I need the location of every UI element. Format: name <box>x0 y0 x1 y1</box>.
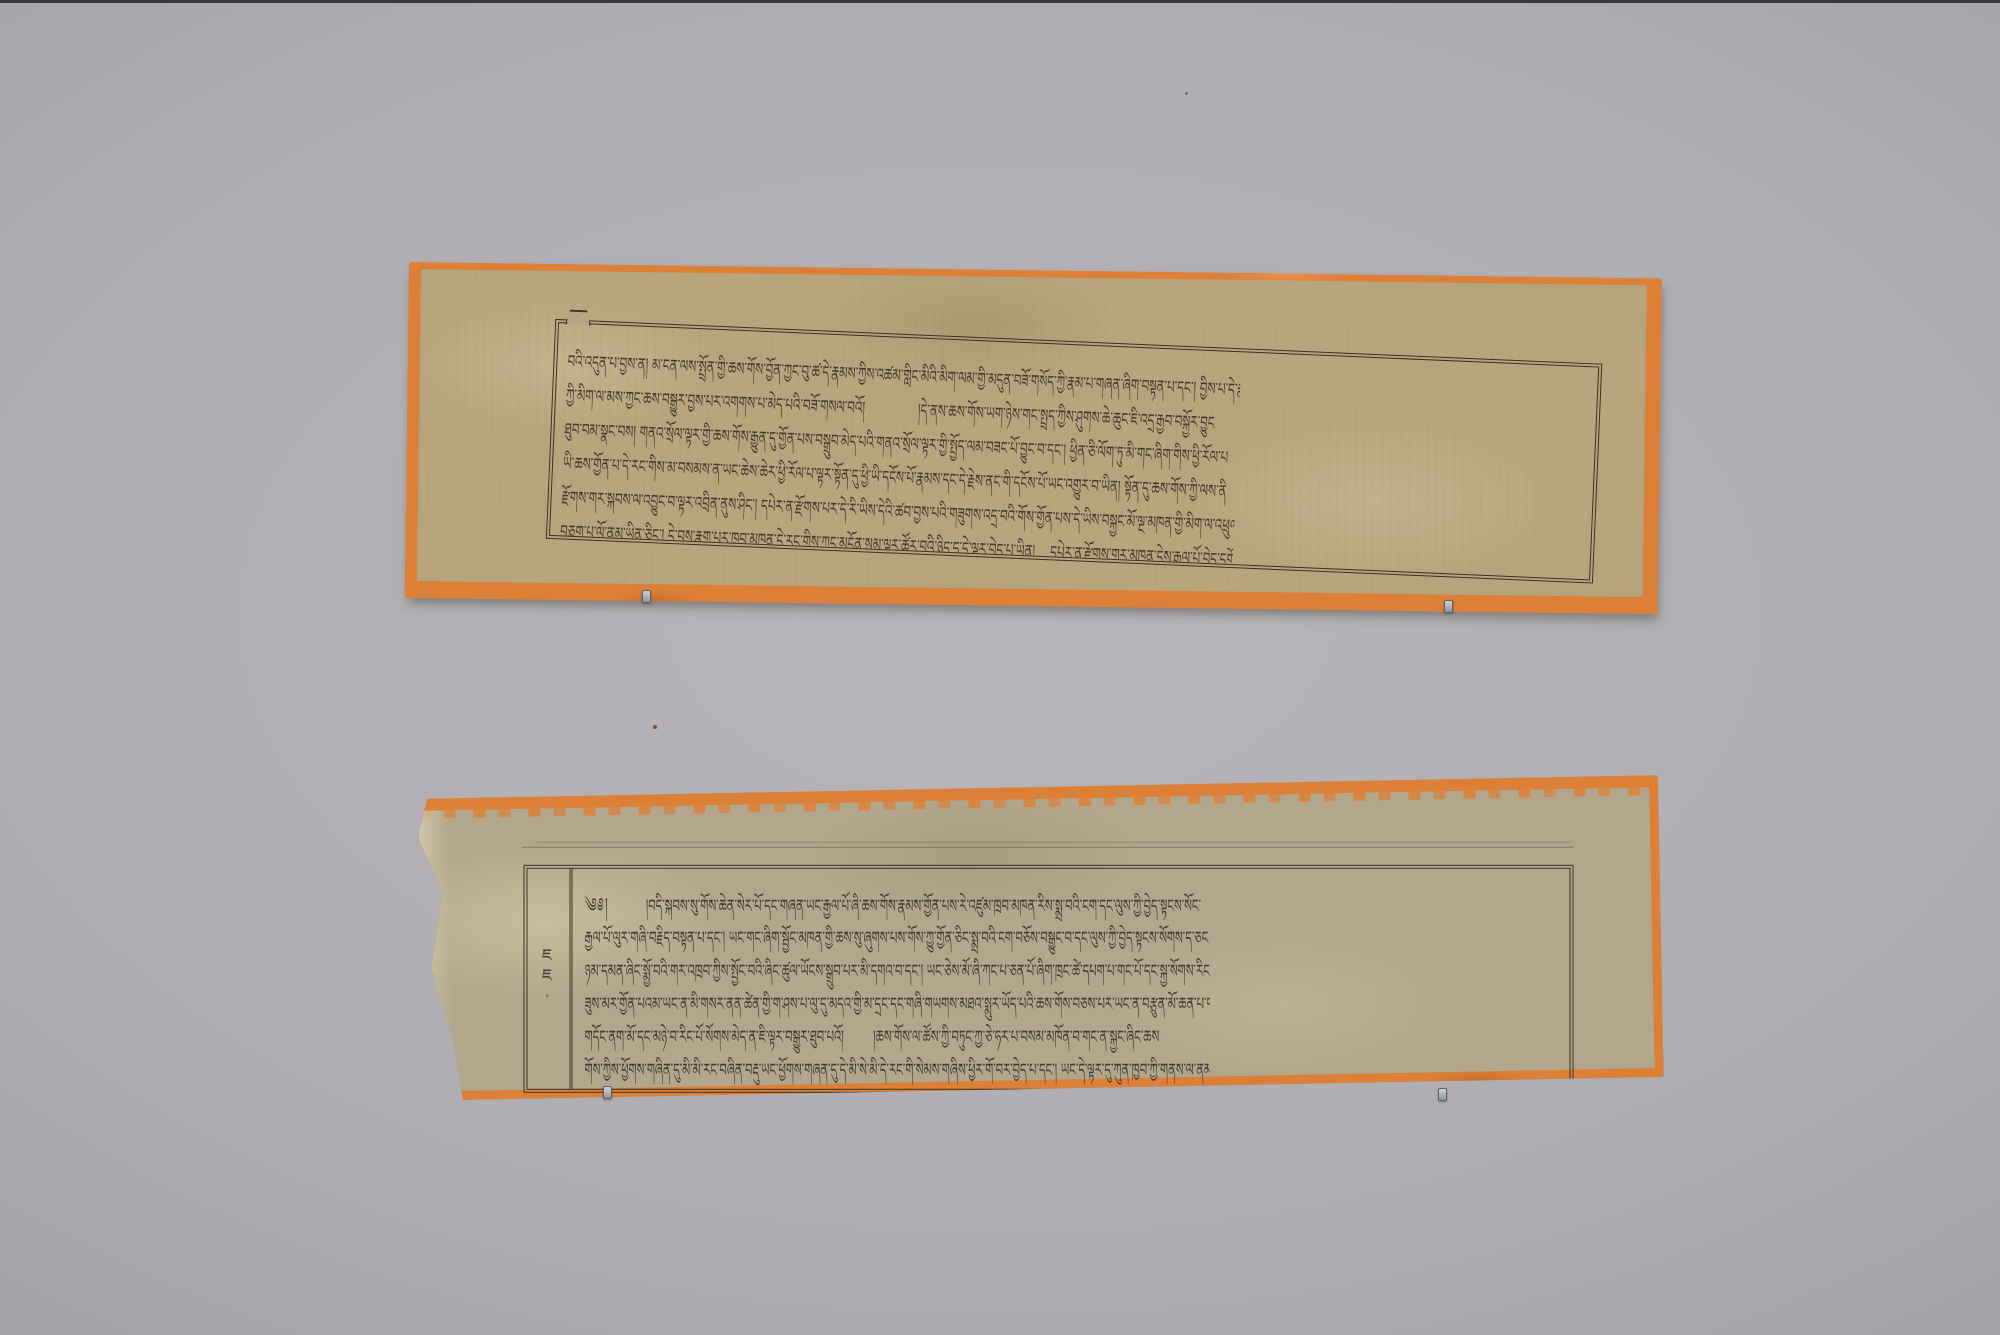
bottom-leaf-print-frame: ཇ ཇ ༚ ༄༅། །བདི་སྐབས་སུ་གོས་ཆེན་སེར་པོ་དང… <box>524 865 1574 1093</box>
bottom-leaf-line-4: ཟུས་མར་གྱོན་པའམ་ཡང་ན་མི་གསར་ནན་ཚེན་གྱི་ག… <box>585 990 1210 1023</box>
bottom-leaf-torn-edge <box>418 810 453 1092</box>
top-leaf-text-block: བའི་འདུན་པ་བྱས་ན། མ་ངན་ལས་སྤྲོན་གྱི་ཆས་ག… <box>550 323 1598 579</box>
bottom-leaf-line-1-text: །བདི་སྐབས་སུ་གོས་ཆེན་སེར་པོ་དང་གཞན་ཡང་རྒ… <box>609 896 1201 917</box>
bottom-leaf-line-1: ༄༅། །བདི་སྐབས་སུ་གོས་ཆེན་སེར་པོ་དང་གཞན་ཡ… <box>585 891 1210 924</box>
photo-canvas: བའི་འདུན་པ་བྱས་ན། མ་ངན་ལས་སྤྲོན་གྱི་ཆས་ག… <box>0 0 2000 1335</box>
folio-marker-glyph-1: ཇ <box>542 947 552 965</box>
folio-marker-glyph-2: ཇ <box>542 967 552 985</box>
mounting-pin-bottom-leaf-right <box>1438 1088 1447 1101</box>
bottom-leaf-faint-rule-top-2 <box>538 842 1572 843</box>
bottom-leaf-paper: ཇ ཇ ༚ ༄༅། །བདི་སྐབས་སུ་གོས་ཆེན་སེར་པོ་དང… <box>418 787 1654 1092</box>
manuscript-leaf-bottom: ཇ ཇ ༚ ༄༅། །བདི་སྐབས་སུ་གོས་ཆེན་སེར་པོ་དང… <box>412 775 1664 1101</box>
dark-dust-speck <box>1185 92 1188 95</box>
bottom-leaf-orange-fray <box>418 786 1649 819</box>
bottom-leaf-line-2: རྒྱལ་པོ་ལུར་གཞི་བརྗིད་བསྟན་པ་དང་། ཡང་གང་… <box>585 924 1210 957</box>
bottom-leaf-faint-rule-bottom <box>524 1103 1576 1104</box>
mounting-pin-bottom-leaf-left <box>603 1086 612 1099</box>
bottom-leaf-line-3: ཉམ་དམན་ཞིང་སྨྱོ་བའི་གར་འཁྲབ་ཀྱིས་སྤྱོང་བ… <box>585 957 1210 990</box>
bottom-leaf-folio-marker: ཇ ཇ ༚ <box>528 947 567 1005</box>
bottom-leaf-line-5: གདོང་ནག་མོ་དང་མཉེ་བ་རིང་པོ་སོགས་མེད་ན་ཇི… <box>585 1023 1210 1056</box>
mounting-pin-top-leaf-right <box>1444 600 1453 613</box>
bottom-leaf-text-block: ༄༅། །བདི་སྐབས་སུ་གོས་ཆེན་སེར་པོ་དང་གཞན་ཡ… <box>573 869 1570 1089</box>
folio-marker-glyph-3: ༚ <box>545 987 548 1005</box>
top-leaf-paper: བའི་འདུན་པ་བྱས་ན། མ་ངན་ལས་སྤྲོན་གྱི་ཆས་ག… <box>417 269 1647 597</box>
red-dust-speck <box>653 725 657 729</box>
bottom-leaf-faint-rule-top <box>522 847 1574 848</box>
manuscript-leaf-top: བའི་འདུན་པ་བྱས་ན། མ་ངན་ལས་སྤྲོན་གྱི་ཆས་ག… <box>405 262 1662 614</box>
bottom-leaf-margin-column: ཇ ཇ ༚ <box>528 869 573 1089</box>
mounting-pin-top-leaf-left <box>642 590 651 603</box>
yig-mgo-head-ornament: ༄༅། <box>585 893 610 917</box>
bottom-leaf-line-6: གོས་ཀྱིས་ཕྱོགས་གཞིན་དུ་མི་མི་རང་བཞིན་བརྡ… <box>585 1056 1210 1089</box>
top-leaf-print-frame: བའི་འདུན་པ་བྱས་ན། མ་ངན་ལས་སྤྲོན་གྱི་ཆས་ག… <box>546 319 1602 584</box>
photo-top-edge-line <box>0 0 2000 3</box>
